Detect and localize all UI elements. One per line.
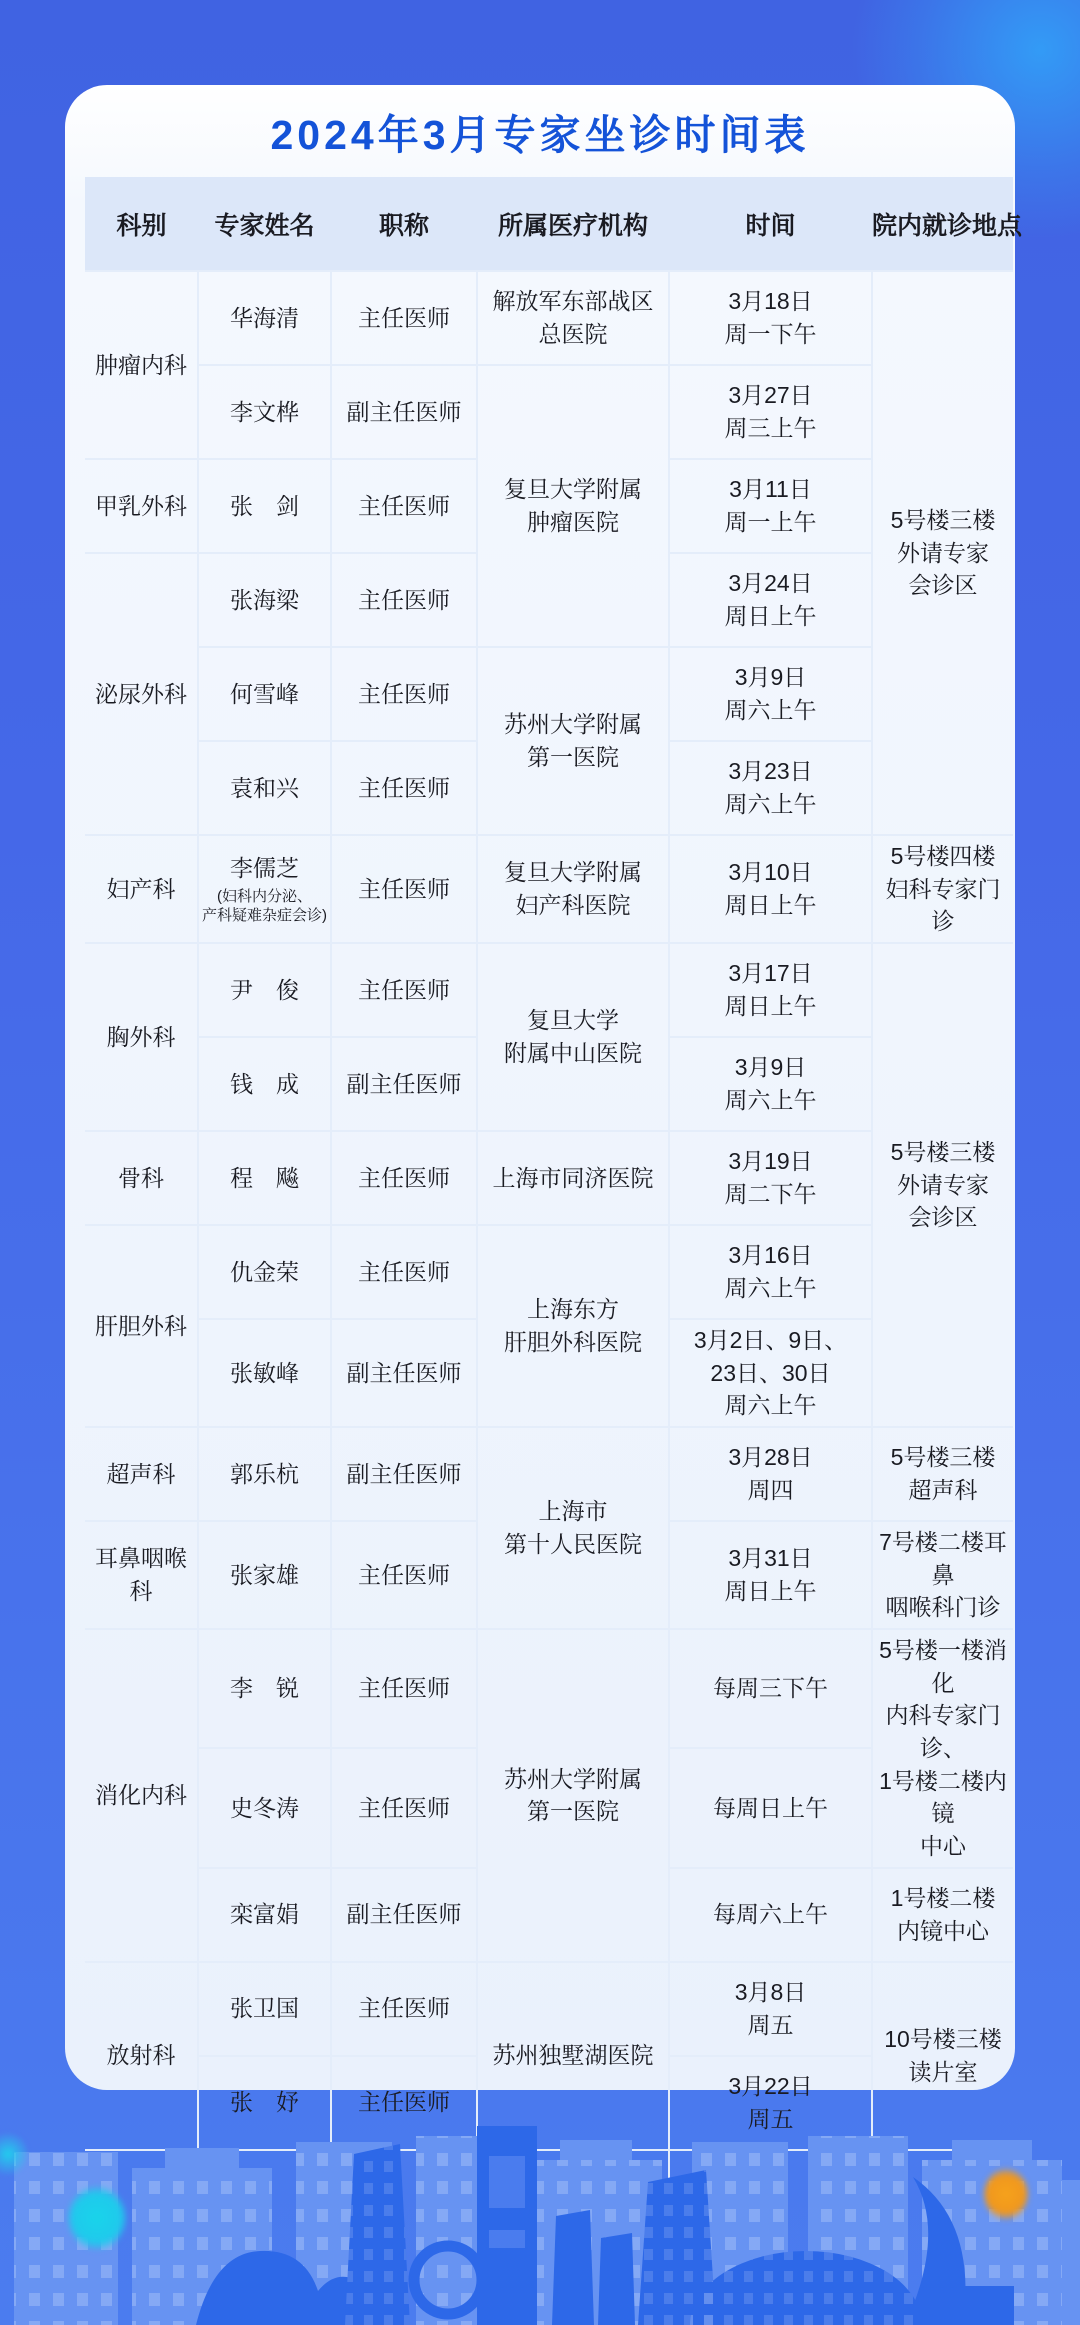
cell-time: 3月19日 周二下午 <box>669 1131 872 1225</box>
header-row: 科别 专家姓名 职称 所属医疗机构 时间 院内就诊地点 <box>85 177 1013 271</box>
cell-time: 3月9日 周六上午 <box>669 647 872 741</box>
cell-time: 3月31日 周日上午 <box>669 1521 872 1629</box>
cell-department: 肿瘤内科 <box>85 271 198 459</box>
cell-expert-name: 李文桦 <box>198 365 331 459</box>
cell-department: 妇产科 <box>85 835 198 943</box>
cell-title: 主任医师 <box>331 553 477 647</box>
schedule-table: 科别 专家姓名 职称 所属医疗机构 时间 院内就诊地点 肿瘤内科 华海清 主任医… <box>85 177 1013 2244</box>
cell-title: 副主任医师 <box>331 1427 477 1521</box>
cell-department: 泌尿外科 <box>85 553 198 835</box>
table-row: 消化内科 李 锐 主任医师 苏州大学附属 第一医院 每周三下午 5号楼一楼消化 … <box>85 1629 1013 1748</box>
cell-institution: 苏州大学附属 第一医院 <box>477 647 669 835</box>
cell-expert-name: 张卫国 <box>198 1962 331 2056</box>
cell-location: 5号楼一楼消化 内科专家门诊、 1号楼二楼内镜 中心 <box>872 1629 1013 1868</box>
cell-expert-name: 栾富娟 <box>198 1868 331 1962</box>
city-skyline-illustration <box>0 2090 1080 2325</box>
cell-title: 副主任医师 <box>331 1037 477 1131</box>
cell-time: 3月27日 周三上午 <box>669 365 872 459</box>
cell-location: 1号楼二楼 内镜中心 <box>872 1868 1013 1962</box>
header-title: 职称 <box>331 177 477 271</box>
cell-institution: 上海市同济医院 <box>477 1131 669 1225</box>
cell-time: 3月28日 周四 <box>669 1427 872 1521</box>
cell-title: 主任医师 <box>331 943 477 1037</box>
cell-department: 耳鼻咽喉科 <box>85 1521 198 1629</box>
cell-expert-name: 华海清 <box>198 271 331 365</box>
cell-expert-name: 程 飚 <box>198 1131 331 1225</box>
cell-expert-name: 钱 成 <box>198 1037 331 1131</box>
header-time: 时间 <box>669 177 872 271</box>
cell-expert-name: 何雪峰 <box>198 647 331 741</box>
cell-institution: 复旦大学附属 肿瘤医院 <box>477 365 669 647</box>
cell-expert-name: 李 锐 <box>198 1629 331 1748</box>
cell-time: 3月10日 周日上午 <box>669 835 872 943</box>
cell-location: 5号楼三楼 外请专家 会诊区 <box>872 271 1013 835</box>
cell-time: 3月16日 周六上午 <box>669 1225 872 1319</box>
cell-institution: 解放军东部战区 总医院 <box>477 271 669 365</box>
cell-title: 主任医师 <box>331 459 477 553</box>
header-expert-name: 专家姓名 <box>198 177 331 271</box>
cell-title: 主任医师 <box>331 1629 477 1748</box>
cell-expert-name: 张海梁 <box>198 553 331 647</box>
expert-note: (妇科内分泌、 产科疑难杂症会诊) <box>201 887 328 926</box>
cell-time: 每周六上午 <box>669 1868 872 1962</box>
cell-institution: 苏州大学附属 第一医院 <box>477 1629 669 1962</box>
cell-time: 3月9日 周六上午 <box>669 1037 872 1131</box>
cell-time: 每周三下午 <box>669 1629 872 1748</box>
header-department: 科别 <box>85 177 198 271</box>
cell-title: 主任医师 <box>331 1748 477 1867</box>
cell-institution: 上海东方 肝胆外科医院 <box>477 1225 669 1427</box>
cell-institution: 上海市 第十人民医院 <box>477 1427 669 1629</box>
cell-title: 主任医师 <box>331 647 477 741</box>
table-row: 放射科 张卫国 主任医师 苏州独墅湖医院 3月8日 周五 10号楼三楼 读片室 <box>85 1962 1013 2056</box>
cell-institution: 复旦大学 附属中山医院 <box>477 943 669 1131</box>
cell-expert-name: 张家雄 <box>198 1521 331 1629</box>
cell-expert-name: 史冬涛 <box>198 1748 331 1867</box>
cell-time: 3月23日 周六上午 <box>669 741 872 835</box>
table-row: 肿瘤内科 华海清 主任医师 解放军东部战区 总医院 3月18日 周一下午 5号楼… <box>85 271 1013 365</box>
cell-expert-name: 郭乐杭 <box>198 1427 331 1521</box>
cell-title: 主任医师 <box>331 271 477 365</box>
schedule-card: 2024年3月专家坐诊时间表 科别 专家姓名 职称 所属医疗机构 时间 院内就诊… <box>65 85 1015 2090</box>
cyan-glow-dot <box>68 2186 126 2250</box>
table-row: 妇产科 李儒芝(妇科内分泌、 产科疑难杂症会诊) 主任医师 复旦大学附属 妇产科… <box>85 835 1013 943</box>
header-location: 院内就诊地点 <box>872 177 1013 271</box>
expert-name: 李儒芝 <box>230 855 299 881</box>
table-row: 超声科 郭乐杭 副主任医师 上海市 第十人民医院 3月28日 周四 5号楼三楼 … <box>85 1427 1013 1521</box>
orange-glow-dot <box>984 2168 1028 2220</box>
cell-title: 副主任医师 <box>331 365 477 459</box>
cell-title: 主任医师 <box>331 1131 477 1225</box>
cell-time: 3月8日 周五 <box>669 1962 872 2056</box>
cell-institution: 复旦大学附属 妇产科医院 <box>477 835 669 943</box>
table-row: 胸外科 尹 俊 主任医师 复旦大学 附属中山医院 3月17日 周日上午 5号楼三… <box>85 943 1013 1037</box>
cell-title: 主任医师 <box>331 1225 477 1319</box>
cell-title: 副主任医师 <box>331 1319 477 1427</box>
cell-time: 3月17日 周日上午 <box>669 943 872 1037</box>
cell-time: 3月18日 周一下午 <box>669 271 872 365</box>
cell-title: 副主任医师 <box>331 1868 477 1962</box>
cell-expert-name: 张敏峰 <box>198 1319 331 1427</box>
cell-location: 5号楼四楼 妇科专家门诊 <box>872 835 1013 943</box>
cell-title: 主任医师 <box>331 1521 477 1629</box>
cell-location: 7号楼二楼耳鼻 咽喉科门诊 <box>872 1521 1013 1629</box>
cell-expert-name: 李儒芝(妇科内分泌、 产科疑难杂症会诊) <box>198 835 331 943</box>
cell-expert-name: 袁和兴 <box>198 741 331 835</box>
cell-title: 主任医师 <box>331 1962 477 2056</box>
poster-background: 2024年3月专家坐诊时间表 科别 专家姓名 职称 所属医疗机构 时间 院内就诊… <box>0 0 1080 2325</box>
cell-time: 3月2日、9日、 23日、30日 周六上午 <box>669 1319 872 1427</box>
page-title: 2024年3月专家坐诊时间表 <box>65 85 1015 177</box>
cell-department: 骨科 <box>85 1131 198 1225</box>
cell-expert-name: 尹 俊 <box>198 943 331 1037</box>
cell-department: 甲乳外科 <box>85 459 198 553</box>
cell-department: 消化内科 <box>85 1629 198 1962</box>
cell-department: 肝胆外科 <box>85 1225 198 1427</box>
cell-title: 主任医师 <box>331 835 477 943</box>
cell-title: 主任医师 <box>331 741 477 835</box>
cell-expert-name: 张 剑 <box>198 459 331 553</box>
header-institution: 所属医疗机构 <box>477 177 669 271</box>
cell-expert-name: 仇金荣 <box>198 1225 331 1319</box>
cell-department: 超声科 <box>85 1427 198 1521</box>
cell-department: 胸外科 <box>85 943 198 1131</box>
cell-time: 3月11日 周一上午 <box>669 459 872 553</box>
cell-location: 5号楼三楼 超声科 <box>872 1427 1013 1521</box>
cell-time: 3月24日 周日上午 <box>669 553 872 647</box>
cell-location: 5号楼三楼 外请专家 会诊区 <box>872 943 1013 1427</box>
cell-time: 每周日上午 <box>669 1748 872 1867</box>
